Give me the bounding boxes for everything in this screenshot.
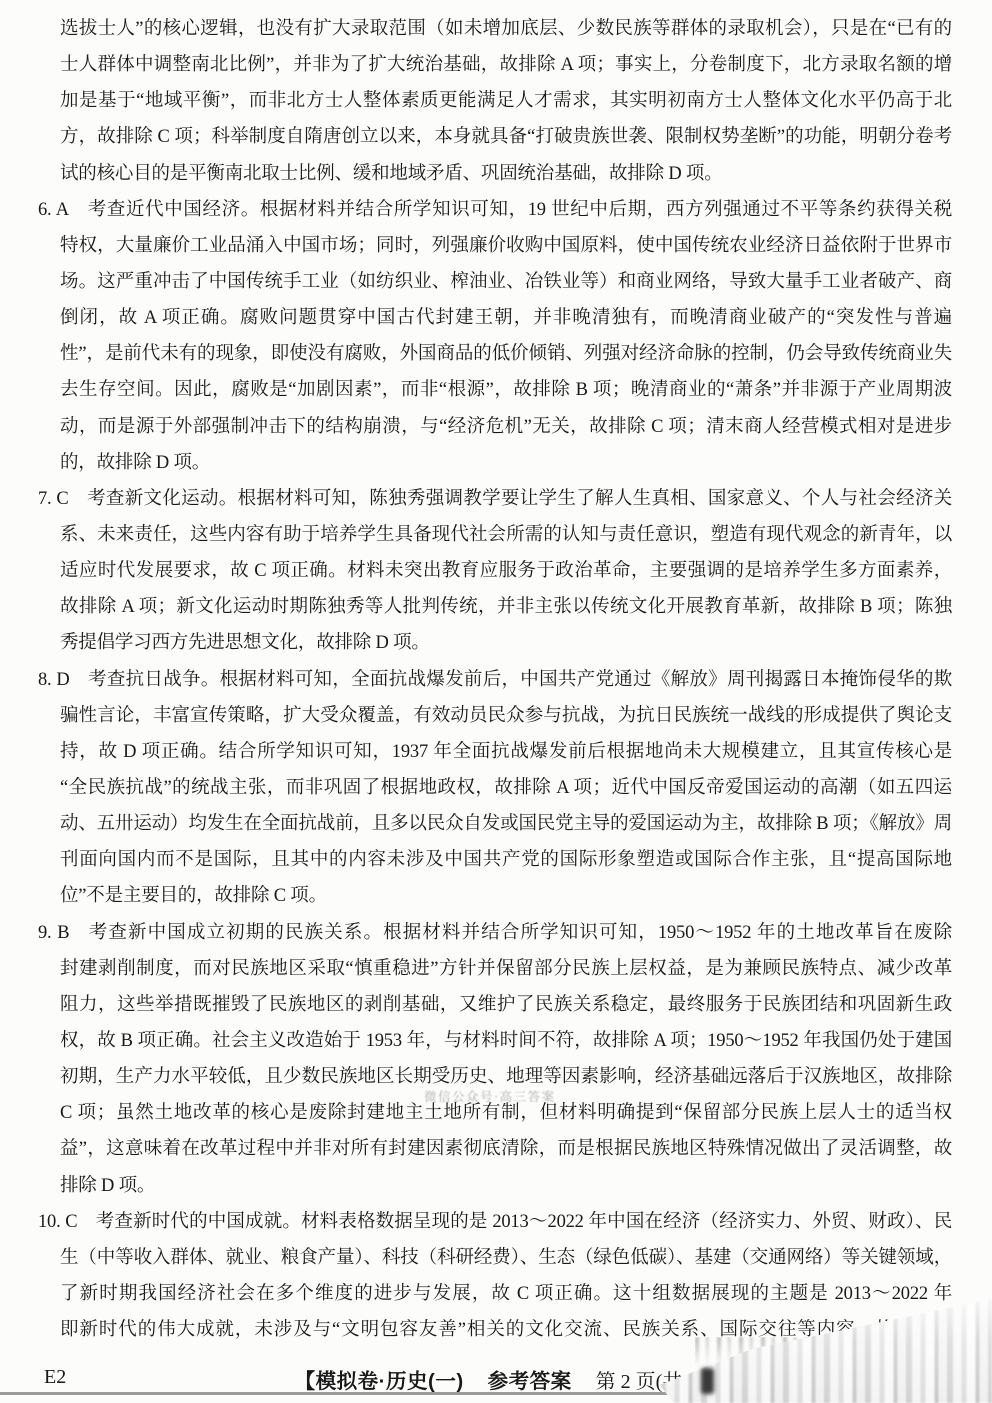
text-line: 刊面向国内而不是国际，且其中的内容未涉及中国共产党的国际形象塑造或国际合作主张，…	[60, 842, 952, 878]
text-line: 选拔士人”的核心逻辑，也没有扩大录取范围（如未增加底层、少数民族等群体的录取机会…	[60, 11, 952, 47]
watermark: 微信公众号·高三答案	[424, 1087, 556, 1105]
line-text: 故排除 A 项；新文化运动时期陈独秀等人批判传统，并非主张以传统文化开展教育革新…	[60, 597, 952, 617]
line-text: 去生存空间。因此，腐败是“加剧因素”，而非“根源”，故排除 B 项；晚清商业的“…	[60, 380, 952, 400]
text-line: 阻力，这些举措既摧毁了民族地区的剥削基础，又维护了民族关系稳定，最终服务于民族团…	[60, 987, 952, 1023]
line-text: C 项；虽然土地改革的核心是废除封建地主土地所有制，但材料明确提到“保留部分民族…	[60, 1103, 952, 1123]
line-text: 倒闭，故 A 项正确。腐败问题贯穿中国古代封建王朝，并非晚清独有，而晚清商业破产…	[60, 308, 952, 328]
text-line: 生（中等收入群体、就业、粮食产量）、科技（科研经费）、生态（绿色低碳）、基建（交…	[60, 1240, 952, 1276]
text-line: 适应时代发展要求，故 C 项正确。材料未突出教育应服务于政治革命，主要强调的是培…	[60, 553, 952, 589]
line-text: 士人群体中调整南北比例”，并非为了扩大统治基础，故排除 A 项；事实上，分卷制度…	[60, 55, 952, 75]
text-line: 权，故 B 项正确。社会主义改造始于 1953 年，与材料时间不符，故排除 A …	[60, 1023, 952, 1059]
line-text: 动，而是源于外部强制冲击下的结构崩溃，与“经济危机”无关，故排除 C 项；清末商…	[60, 417, 952, 437]
answer-item-first-line: 6. A考查近代中国经济。根据材料并结合所学知识可知，19 世纪中后期，西方列强…	[38, 192, 952, 228]
text-line: 位”不是主要目的，故排除 C 项。	[60, 878, 952, 914]
line-text: 了新时期我国经济社会在多个维度的进步与发展，故 C 项正确。这十组数据展现的主题…	[60, 1284, 952, 1304]
text-line: 去生存空间。因此，腐败是“加剧因素”，而非“根源”，故排除 B 项；晚清商业的“…	[60, 372, 952, 408]
answer-item-first-line: 7. C考查新文化运动。根据材料可知，陈独秀强调教学要让学生了解人生真相、国家意…	[38, 481, 952, 517]
line-text: 试的核心目的是平衡南北取士比例、缓和地域矛盾、巩固统治基础，故排除 D 项。	[60, 164, 723, 184]
text-line: 秀提倡学习西方先进思想文化，故排除 D 项。	[60, 625, 952, 661]
line-text: 排除 D 项。	[60, 1176, 155, 1196]
line-text: 益”，这意味着在改革过程中并非对所有封建因素彻底清除，而是根据民族地区特殊情况做…	[60, 1139, 952, 1159]
line-text: 持，故 D 项正确。结合所学知识可知，1937 年全面抗战爆发前后根据地尚未大规…	[60, 742, 952, 762]
answer-sheet-page: 选拔士人”的核心逻辑，也没有扩大录取范围（如未增加底层、少数民族等群体的录取机会…	[0, 0, 992, 1403]
line-text: 选拔士人”的核心逻辑，也没有扩大录取范围（如未增加底层、少数民族等群体的录取机会…	[60, 19, 952, 39]
text-line: “全民族抗战”的统战主张，而非巩固了根据地政权，故排除 A 项；近代中国反帝爱国…	[60, 770, 952, 806]
question-number-and-answer: 10. C	[38, 1212, 95, 1232]
line-text: 动、五卅运动）均发生在全面抗战前，且多以民众自发或国民党主导的爱国运动为主，故排…	[60, 814, 952, 834]
question-number-and-answer: 9. B	[38, 923, 87, 943]
text-line: 封建剥削制度，而对民族地区采取“慎重稳进”方针并保留部分民族上层权益，是为兼顾民…	[60, 951, 952, 987]
text-line: 性”，是前代未有的现象，即使没有腐败，外国商品的低价倾销、列强对经济命脉的控制，…	[60, 336, 952, 372]
line-text: 生（中等收入群体、就业、粮食产量）、科技（科研经费）、生态（绿色低碳）、基建（交…	[60, 1248, 952, 1276]
text-line: 益”，这意味着在改革过程中并非对所有封建因素彻底清除，而是根据民族地区特殊情况做…	[60, 1131, 952, 1167]
text-line: 特权，大量廉价工业品涌入中国市场；同时，列强廉价收购中国原料，使中国传统农业经济…	[60, 228, 952, 264]
line-text: 封建剥削制度，而对民族地区采取“慎重稳进”方针并保留部分民族上层权益，是为兼顾民…	[60, 959, 952, 979]
text-line: 倒闭，故 A 项正确。腐败问题贯穿中国古代封建王朝，并非晚清独有，而晚清商业破产…	[60, 300, 952, 336]
line-text: 加是基于“地域平衡”，而非北方士人整体素质更能满足人才需求，其实明初南方士人整体…	[60, 91, 952, 111]
line-text: 考查新时代的中国成就。材料表格数据呈现的是 2013～2022 年中国在经济（经…	[95, 1212, 952, 1232]
answer-item-first-line: 8. D考查抗日战争。根据材料可知，全面抗战爆发前后，中国共产党通过《解放》周刊…	[38, 662, 952, 698]
line-text: 考查新文化运动。根据材料可知，陈独秀强调教学要让学生了解人生真相、国家意义、个人…	[87, 489, 952, 509]
line-text: 骗性言论，丰富宣传策略，扩大受众覆盖，有效动员民众参与抗战，为抗日民族统一战线的…	[60, 706, 952, 726]
text-line: 了新时期我国经济社会在多个维度的进步与发展，故 C 项正确。这十组数据展现的主题…	[60, 1276, 952, 1312]
ink-smudge	[701, 1368, 714, 1394]
line-text: 阻力，这些举措既摧毁了民族地区的剥削基础，又维护了民族关系稳定，最终服务于民族团…	[60, 995, 952, 1015]
text-line: 持，故 D 项正确。结合所学知识可知，1937 年全面抗战爆发前后根据地尚未大规…	[60, 734, 952, 770]
answer-text-block: 选拔士人”的核心逻辑，也没有扩大录取范围（如未增加底层、少数民族等群体的录取机会…	[60, 11, 952, 1348]
footer-answer-label: 参考答案	[488, 1370, 572, 1393]
footer-booklet-title: 【模拟卷·历史(一)	[295, 1370, 464, 1393]
question-number-and-answer: 7. C	[38, 489, 87, 509]
answer-item-first-line: 10. C考查新时代的中国成就。材料表格数据呈现的是 2013～2022 年中国…	[38, 1204, 952, 1240]
line-text: 场。这严重冲击了中国传统手工业（如纺织业、榨油业、冶铁业等）和商业网络，导致大量…	[60, 272, 952, 300]
text-line: 排除 D 项。	[60, 1168, 952, 1204]
text-line: 加是基于“地域平衡”，而非北方士人整体素质更能满足人才需求，其实明初南方士人整体…	[60, 83, 952, 119]
text-line: 系、未来责任，这些内容有助于培养学生具备现代社会所需的认知与责任意识，塑造有现代…	[60, 517, 952, 553]
line-text: 位”不是主要目的，故排除 C 项。	[60, 886, 327, 906]
line-text: “全民族抗战”的统战主张，而非巩固了根据地政权，故排除 A 项；近代中国反帝爱国…	[60, 778, 952, 798]
answer-item-first-line: 9. B考查新中国成立初期的民族关系。根据材料并结合所学知识可知，1950～19…	[38, 915, 952, 951]
text-line: 动，而是源于外部强制冲击下的结构崩溃，与“经济危机”无关，故排除 C 项；清末商…	[60, 409, 952, 445]
line-text: 考查抗日战争。根据材料可知，全面抗战爆发前后，中国共产党通过《解放》周刊揭露日本…	[88, 670, 952, 690]
line-text: 适应时代发展要求，故 C 项正确。材料未突出教育应服务于政治革命，主要强调的是培…	[60, 561, 952, 581]
text-line: 试的核心目的是平衡南北取士比例、缓和地域矛盾、巩固统治基础，故排除 D 项。	[60, 156, 952, 192]
line-text: 特权，大量廉价工业品涌入中国市场；同时，列强廉价收购中国原料，使中国传统农业经济…	[60, 236, 952, 256]
line-text: 权，故 B 项正确。社会主义改造始于 1953 年，与材料时间不符，故排除 A …	[60, 1031, 952, 1051]
line-text: 刊面向国内而不是国际，且其中的内容未涉及中国共产党的国际形象塑造或国际合作主张，…	[60, 850, 952, 870]
text-line: 故排除 A 项；新文化运动时期陈独秀等人批判传统，并非主张以传统文化开展教育革新…	[60, 589, 952, 625]
question-number-and-answer: 8. D	[38, 670, 88, 690]
line-text: 性”，是前代未有的现象，即使没有腐败，外国商品的低价倾销、列强对经济命脉的控制，…	[60, 344, 952, 364]
text-line: 的，故排除 D 项。	[60, 445, 952, 481]
line-text: 初期，生产力水平较低，且少数民族地区长期受历史、地理等因素影响，经济基础远落后于…	[60, 1067, 952, 1087]
line-text: 方，故排除 C 项；科举制度自隋唐创立以来，本身就具备“打破贵族世袭、限制权势垄…	[60, 127, 952, 147]
line-text: 考查新中国成立初期的民族关系。根据材料并结合所学知识可知，1950～1952 年…	[87, 923, 952, 943]
text-line: 方，故排除 C 项；科举制度自隋唐创立以来，本身就具备“打破贵族世袭、限制权势垄…	[60, 119, 952, 155]
line-text: 秀提倡学习西方先进思想文化，故排除 D 项。	[60, 633, 430, 653]
line-text: 系、未来责任，这些内容有助于培养学生具备现代社会所需的认知与责任意识，塑造有现代…	[60, 525, 952, 545]
line-text: 考查近代中国经济。根据材料并结合所学知识可知，19 世纪中后期，西方列强通过不平…	[87, 200, 952, 220]
text-line: 士人群体中调整南北比例”，并非为了扩大统治基础，故排除 A 项；事实上，分卷制度…	[60, 47, 952, 83]
question-number-and-answer: 6. A	[38, 200, 87, 220]
text-line: 动、五卅运动）均发生在全面抗战前，且多以民众自发或国民党主导的爱国运动为主，故排…	[60, 806, 952, 842]
footer-divider-line	[0, 1392, 760, 1395]
text-line: 骗性言论，丰富宣传策略，扩大受众覆盖，有效动员民众参与抗战，为抗日民族统一战线的…	[60, 698, 952, 734]
text-line: 场。这严重冲击了中国传统手工业（如纺织业、榨油业、冶铁业等）和商业网络，导致大量…	[60, 264, 952, 300]
line-text: 的，故排除 D 项。	[60, 453, 210, 473]
